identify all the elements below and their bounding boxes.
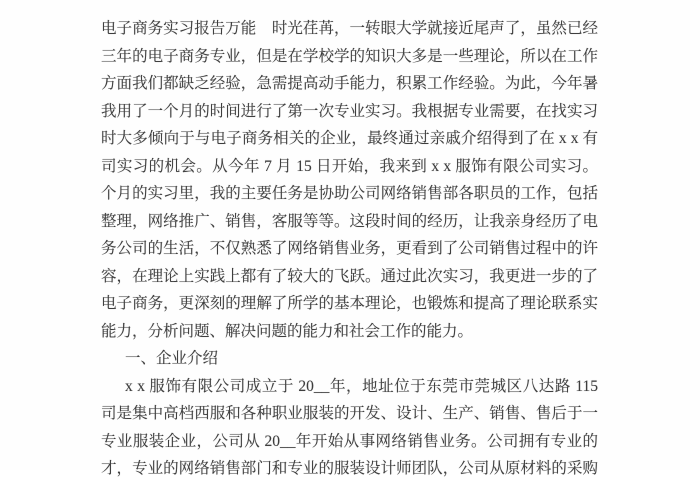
text-line: 我用了一个月的时间进行了第一次专业实习。我根据专业需要，在找实习企业: [101, 98, 598, 126]
section-heading: 一、企业介绍: [101, 345, 598, 373]
text-line: 容，在理论上实践上都有了较大的飞跃。通过此次实习，我更进一步的了解了: [101, 263, 598, 291]
text-line: x x 服饰有限公司成立于 20__年，地址位于东莞市莞城区八达路 115 号，…: [101, 373, 598, 401]
text-line: 三年的电子商务专业，但是在学校学的知识大多是一些理论，所以在工作实践: [101, 43, 598, 71]
text-line: 务公司的生活，不仅熟悉了网络销售业务，更看到了公司销售过程中的许多内: [101, 235, 598, 263]
text-line-clipped: 才，专业的网络销售部门和专业的服装设计师团队，公司从原材料的采购到服: [101, 455, 598, 470]
text-line: 时大多倾向于与电子商务相关的企业，最终通过亲戚介绍得到了在 x x 有限公: [101, 125, 598, 153]
text-line: 司是集中高档西服和各种职业服装的开发、设计、生产、销售、售后于一体的: [101, 400, 598, 428]
text-line: 司实习的机会。从今年 7 月 15 日开始，我来到 x x 服饰有限公司实习。在…: [101, 153, 598, 181]
text-line: 专业服装企业，公司从 20__年开始从事网络销售业务。公司拥有专业的管理人: [101, 428, 598, 456]
document-page: 电子商务实习报告万能 时光荏苒，一转眼大学就接近尾声了，虽然已经读了 三年的电子…: [0, 0, 700, 470]
document-body: 电子商务实习报告万能 时光荏苒，一转眼大学就接近尾声了，虽然已经读了 三年的电子…: [101, 15, 598, 470]
text-line: 能力，分析问题、解决问题的能力和社会工作的能力。: [101, 318, 598, 346]
text-line: 电子商务实习报告万能 时光荏苒，一转眼大学就接近尾声了，虽然已经读了: [101, 15, 598, 43]
text-line: 个月的实习里，我的主要任务是协助公司网络销售部各职员的工作，包括数据: [101, 180, 598, 208]
text-line: 整理，网络推广、销售，客服等等。这段时间的经历，让我亲身经历了电子商: [101, 208, 598, 236]
text-line: 电子商务，更深刻的理解了所学的基本理论，也锻炼和提高了理论联系实际的: [101, 290, 598, 318]
text-line: 方面我们都缺乏经验，急需提高动手能力，积累工作经验。为此，今年暑期，: [101, 70, 598, 98]
